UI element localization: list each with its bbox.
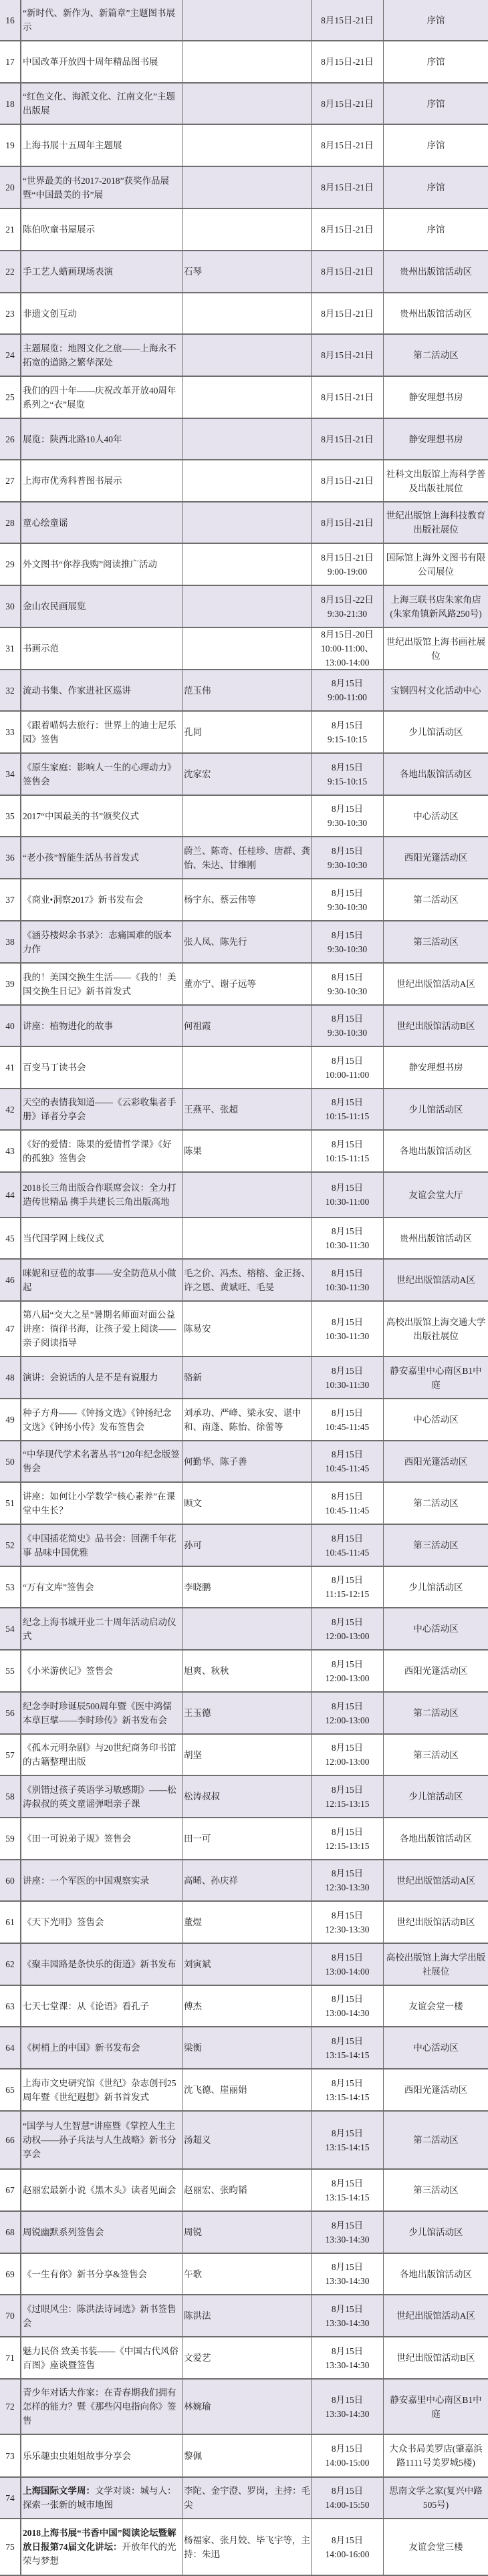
event-venue-text: 各地出版馆活动区	[400, 2267, 472, 2281]
row-number-text: 35	[5, 809, 15, 823]
event-venue-text: 第二活动区	[413, 1706, 459, 1720]
row-number-text: 29	[5, 557, 15, 571]
event-guests	[182, 1047, 312, 1088]
event-guests	[182, 293, 312, 333]
table-row: 38《涵芬楼烬余书录》：志痛国难的版本力作张人凤、陈先行8月15日 9:30-1…	[0, 921, 488, 964]
event-time-text: 8月15日 10:30-11:30	[326, 1364, 370, 1392]
row-number: 27	[0, 460, 21, 501]
event-venue: 大众书局美罗店(肇嘉浜路1111号美罗城5楼)	[384, 2435, 488, 2476]
row-number: 73	[0, 2435, 21, 2476]
event-guests-text: 李晓鹏	[184, 1580, 211, 1594]
event-guests-text: 陈果	[184, 1144, 202, 1158]
row-number-text: 64	[5, 2041, 15, 2055]
event-time-text: 8月15日-21日	[321, 97, 374, 111]
event-time: 8月15日 10:30-11:30	[312, 1302, 384, 1356]
event-guests: 顾文	[182, 1483, 312, 1524]
event-title: 《小米游侠记》签售会	[21, 1651, 182, 1691]
event-venue: 国际馆上海外文图书有限公司展位	[384, 544, 488, 585]
event-title-text: 种子方舟——《钟扬文选》《钟扬纪念文选》《钟扬小传》发布签售会	[23, 1406, 180, 1434]
table-row: 42天空的表情我知道——《云彩收集者手册》译者分享会王燕平、张超8月15日 10…	[0, 1089, 488, 1131]
event-title-text: 《孤本元明杂剧》与20世纪商务印书馆的古籍整理出版	[23, 1741, 180, 1769]
event-title: 纪念李时珍诞辰500周年暨《医中鸿儒 本草巨擘——李时珍传》新书发布会	[21, 1693, 182, 1733]
row-number-text: 53	[5, 1580, 15, 1594]
event-time-text: 8月15日 10:30-11:30	[326, 1315, 370, 1343]
event-time-text: 8月15日 12:00-13:00	[326, 1615, 370, 1643]
event-guests: 董亦宁、谢子远等	[182, 964, 312, 1004]
row-number-text: 48	[5, 1371, 15, 1385]
event-venue: 静安理想书房	[384, 1047, 488, 1088]
event-venue-text: 上海三联书店朱家角店(朱家角镇新风路250号)	[386, 593, 486, 621]
event-title: 《涵芬楼烬余书录》：志痛国难的版本力作	[21, 921, 182, 962]
event-venue-text: 世纪出版馆活动B区	[396, 2351, 475, 2365]
event-time-text: 8月15日-21日 9:00-19:00	[321, 551, 374, 579]
row-number: 49	[0, 1399, 21, 1440]
event-venue-text: 中心活动区	[413, 1622, 459, 1636]
event-guests-text: 蔚兰、陈奇、任桂珍、唐群、龚怡、朱达、甘维刚	[184, 844, 311, 872]
event-time: 8月15日 10:30-11:30	[312, 1218, 384, 1258]
row-number-text: 47	[5, 1322, 15, 1336]
table-row: 20“世界最美的书2017-2018”获奖作品展暨“中国最美的书”展8月15日-…	[0, 167, 488, 209]
event-title: 上海市文史研究馆《世纪》杂志创刊25周年暨《世纪遐想》新书首发式	[21, 2069, 182, 2110]
event-guests: 石琴	[182, 251, 312, 292]
table-row: 37《商业•洞察2017》新书发布会杨宇东、蔡云伟等8月15日 9:30-10:…	[0, 879, 488, 921]
event-venue-text: 第二活动区	[413, 348, 459, 362]
table-row: 352017“中国最美的书”颁奖仪式8月15日 9:30-10:30中心活动区	[0, 796, 488, 837]
event-venue-text: 静安理想书房	[409, 390, 463, 404]
event-guests	[182, 1218, 312, 1258]
event-venue: 第三活动区	[384, 2170, 488, 2210]
row-number-text: 22	[5, 265, 15, 279]
event-venue: 第三活动区	[384, 1525, 488, 1566]
event-venue: 第二活动区	[384, 1693, 488, 1733]
event-title-text: 陈伯吹童书屋展示	[23, 223, 95, 237]
event-guests	[182, 796, 312, 836]
row-number: 18	[0, 84, 21, 124]
table-row: 72青少年对话大作家：在青春期我们拥有怎样的能力？暨《那些闪电指向你》签售林婉瑜…	[0, 2380, 488, 2435]
event-guests	[182, 419, 312, 459]
event-time: 8月15日 13:30-14:30	[312, 2254, 384, 2294]
event-title-text: 《中国插花简史》品书会：回溯千年花事 品味中国优雅	[23, 1532, 180, 1560]
event-guests	[182, 460, 312, 501]
event-venue-text: 西阳光篷活动区	[404, 1455, 468, 1469]
event-time: 8月15日 10:15-11:15	[312, 1131, 384, 1171]
event-title-text: 天空的表情我知道——《云彩收集者手册》译者分享会	[23, 1095, 180, 1123]
event-time: 8月15日-21日	[312, 125, 384, 166]
event-venue-text: 第二活动区	[413, 2133, 459, 2147]
event-venue-text: 各地出版馆活动区	[400, 1144, 472, 1158]
event-time: 8月15日 10:30-11:30	[312, 1357, 384, 1398]
event-title: “中华现代学术名著丛书”120年纪念版签售会	[21, 1441, 182, 1481]
event-time-text: 8月15日 10:15-11:15	[326, 1137, 370, 1165]
event-venue: 宝钢四村文化活动中心	[384, 670, 488, 710]
event-venue-text: 中心活动区	[413, 809, 459, 823]
row-number: 61	[0, 1902, 21, 1943]
event-venue: 世纪出版馆活动B区	[384, 1902, 488, 1943]
row-number: 23	[0, 293, 21, 333]
row-number-text: 51	[5, 1496, 15, 1510]
row-number: 74	[0, 2478, 21, 2518]
row-number-text: 17	[5, 55, 15, 69]
event-guests-text: 陈洪法	[184, 2309, 211, 2323]
event-title: 咪妮和豆苞的故事——安全防范从小做起	[21, 1260, 182, 1300]
event-guests-text: 田一可	[184, 1832, 211, 1846]
event-time: 8月15日-21日	[312, 419, 384, 459]
event-title: 《孤本元明杂剧》与20世纪商务印书馆的古籍整理出版	[21, 1735, 182, 1775]
row-number: 32	[0, 670, 21, 710]
event-venue: 序馆	[384, 125, 488, 166]
row-number: 35	[0, 796, 21, 836]
table-row: 16“新时代、新作为、新篇章”主题图书展示8月15日-21日序馆	[0, 0, 488, 41]
event-guests-text: 何祖霞	[184, 1019, 211, 1033]
event-venue-text: 世纪出版馆活动B区	[396, 1915, 475, 1929]
event-venue-text: 第三活动区	[413, 2183, 459, 2197]
event-title-text: 手工艺人蜡画现场表演	[23, 265, 113, 279]
event-time: 8月15日 9:30-10:30	[312, 921, 384, 962]
event-guests: 孔同	[182, 712, 312, 752]
event-time-text: 8月15日-21日	[321, 265, 374, 279]
event-time-text: 8月15日-21日	[321, 138, 374, 152]
row-number-text: 33	[5, 725, 15, 739]
event-time-text: 8月15日 9:30-10:30	[328, 928, 367, 956]
event-title-text: “世界最美的书2017-2018”获奖作品展暨“中国最美的书”展	[23, 174, 180, 202]
event-title-text: “万有文库”签售会	[23, 1580, 94, 1594]
event-title-text: 讲座：如何让小学数学“核心素养”在课堂中生长？	[23, 1489, 180, 1518]
event-title: 《原生家庭：影响人一生的心理动力》签售会	[21, 754, 182, 795]
event-venue-text: 思南文学之家(复兴中路505号)	[386, 2484, 486, 2512]
event-venue-text: 高校出版馆上海大学出版社展位	[386, 1951, 486, 1979]
event-time-text: 8月15日 13:15-14:15	[326, 2126, 370, 2154]
event-time: 8月15日-20日 10:00-11:00、 13:00-14:00	[312, 628, 384, 669]
event-guests-text: 旭爽、秋秋	[184, 1664, 229, 1678]
event-guests: 李陀、金宇澄、罗岗，主持：毛尖	[182, 2478, 312, 2518]
event-time: 8月15日 12:15-13:15	[312, 1776, 384, 1817]
row-number-text: 40	[5, 1019, 15, 1033]
event-title: 《树梢上的中国》新书发布会	[21, 2027, 182, 2068]
event-time-text: 8月15日 13:30-14:30	[326, 2260, 370, 2288]
row-number: 39	[0, 964, 21, 1004]
table-row: 26展览：陕西北路10人40年8月15日-21日静安理想书房	[0, 419, 488, 460]
row-number-text: 19	[5, 138, 15, 152]
event-venue-text: 世纪出版馆活动A区	[396, 1273, 475, 1287]
event-venue: 高校出版馆上海交通大学出版社展位	[384, 1302, 488, 1356]
event-guests: 周锐	[182, 2212, 312, 2253]
row-number-text: 24	[5, 348, 15, 362]
event-time: 8月15日 10:45-11:45	[312, 1525, 384, 1566]
table-row: 47第八届“交大之星”暑期名师面对面公益讲座：徜徉书海，让孩子爱上阅读——亲子阅…	[0, 1302, 488, 1357]
event-title: 《天下光明》签售会	[21, 1902, 182, 1943]
event-venue-text: 大众书局美罗店(肇嘉浜路1111号美罗城5楼)	[386, 2442, 486, 2470]
event-guests-text: 李陀、金宇澄、罗岗，主持：毛尖	[184, 2484, 311, 2512]
table-row: 73乐乐趣虫虫姐姐故事分享会黎佩8月15日 14:00-15:00大众书局美罗店…	[0, 2435, 488, 2478]
event-time: 8月15日 9:30-10:30	[312, 837, 384, 878]
event-guests-text: 董亦宁、谢子远等	[184, 977, 256, 991]
event-venue: 世纪出版馆活动B区	[384, 2337, 488, 2378]
event-guests: 高晞、孙庆祥	[182, 1860, 312, 1900]
event-guests: 刘承功、严峰、梁永安、谌中和、南蓬、陈怡、徐蕾等	[182, 1399, 312, 1440]
event-guests: 董煜	[182, 1902, 312, 1943]
event-title-text: 咪妮和豆苞的故事——安全防范从小做起	[23, 1266, 180, 1294]
row-number: 25	[0, 377, 21, 418]
event-venue: 友谊会堂三楼	[384, 2519, 488, 2575]
event-time: 8月15日 10:45-11:45	[312, 1441, 384, 1481]
event-venue-text: 序馆	[427, 13, 445, 27]
event-time: 8月15日 12:00-13:00	[312, 1651, 384, 1691]
row-number: 40	[0, 1006, 21, 1046]
row-number: 31	[0, 628, 21, 669]
event-time-text: 8月15日-22日 9:30-21:30	[321, 593, 374, 621]
event-guests: 陈洪法	[182, 2295, 312, 2336]
table-row: 34《原生家庭：影响人一生的心理动力》签售会沈家宏8月15日 9:15-10:1…	[0, 754, 488, 796]
event-venue: 各地出版馆活动区	[384, 754, 488, 795]
event-title-text: “国学与人生智慧”讲座暨《掌控人生主动权——孙子兵法与人生战略》新书分享会	[23, 2119, 180, 2161]
event-guests-text: 孙可	[184, 1538, 202, 1552]
row-number: 72	[0, 2380, 21, 2434]
event-venue: 少儿馆活动区	[384, 2212, 488, 2253]
event-time: 8月15日 11:15-12:15	[312, 1567, 384, 1607]
row-number-text: 49	[5, 1413, 15, 1427]
event-venue: 贵州出版馆活动区	[384, 1218, 488, 1258]
event-guests-text: 傅杰	[184, 1999, 202, 2013]
event-guests: 陈易安	[182, 1302, 312, 1356]
event-title-text: 《别错过孩子英语学习敏感期》——松涛叔叔的英文童谣弹唱亲子课	[23, 1783, 180, 1811]
event-time-text: 8月15日-21日	[321, 55, 374, 69]
event-venue-text: 静安嘉里中心南区B1中庭	[386, 2393, 486, 2421]
event-guests-text: 杨宇东、蔡云伟等	[184, 893, 256, 907]
event-time: 8月15日-21日	[312, 251, 384, 292]
event-guests: 何勤华、陈子善	[182, 1441, 312, 1481]
event-venue-text: 西阳光篷活动区	[404, 851, 468, 865]
event-venue: 贵州出版馆活动区	[384, 293, 488, 333]
row-number-text: 38	[5, 935, 15, 949]
event-title: 《跟着喵妈去旅行：世界上的迪士尼乐园》签售	[21, 712, 182, 752]
event-time: 8月15日 14:00-15:00	[312, 2435, 384, 2476]
row-number-text: 60	[5, 1874, 15, 1888]
event-time: 8月15日-21日	[312, 84, 384, 124]
event-time: 8月15日 10:45-11:45	[312, 1483, 384, 1524]
event-venue: 静安理想书房	[384, 419, 488, 459]
event-guests	[182, 41, 312, 82]
row-number-text: 27	[5, 474, 15, 488]
event-guests	[182, 167, 312, 208]
row-number-text: 21	[5, 223, 15, 237]
event-title: 第八届“交大之星”暑期名师面对面公益讲座：徜徉书海，让孩子爱上阅读——亲子阅读指…	[21, 1302, 182, 1356]
row-number: 59	[0, 1818, 21, 1859]
event-title: 周锐幽默系列签售会	[21, 2212, 182, 2253]
event-title: 《商业•洞察2017》新书发布会	[21, 879, 182, 920]
event-time-text: 8月15日 10:30-11:00	[326, 1181, 370, 1209]
event-time-text: 8月15日-21日	[321, 516, 374, 530]
event-title-text: 赵丽宏最新小说《黑木头》读者见面会	[23, 2183, 176, 2197]
event-time: 8月15日 10:15-11:15	[312, 1089, 384, 1129]
event-venue: 西阳光篷活动区	[384, 837, 488, 878]
event-title: “红色文化、海派文化、江南文化”主题 出版展	[21, 84, 182, 124]
event-venue-text: 高校出版馆上海交通大学出版社展位	[386, 1315, 486, 1343]
event-guests-text: 梁衡	[184, 2041, 202, 2055]
event-title: 流动书集、作家进社区巡讲	[21, 670, 182, 710]
event-time: 8月15日 12:00-13:00	[312, 1693, 384, 1733]
event-venue: 第二活动区	[384, 1483, 488, 1524]
row-number: 64	[0, 2027, 21, 2068]
event-venue-text: 社科文出版馆上海科学普及出版社展位	[386, 467, 486, 495]
event-venue-text: 友谊会堂大厅	[409, 1188, 463, 1202]
event-venue: 第三活动区	[384, 921, 488, 962]
table-row: 69《一生有你》新书分享&签售会午歌8月15日 13:30-14:30各地出版馆…	[0, 2254, 488, 2295]
row-number: 29	[0, 544, 21, 585]
event-title: 乐乐趣虫虫姐姐故事分享会	[21, 2435, 182, 2476]
event-guests-text: 石琴	[184, 265, 202, 279]
event-time: 8月15日-21日 9:00-19:00	[312, 544, 384, 585]
table-row: 63七天七堂课：从《论语》看孔子傅杰8月15日 13:00-14:30友谊会堂一…	[0, 1986, 488, 2027]
event-time-text: 8月15日 10:45-11:45	[326, 1406, 370, 1434]
row-number-text: 67	[5, 2183, 15, 2197]
row-number-text: 32	[5, 684, 15, 698]
event-time-text: 8月15日 14:00-15:00	[326, 2442, 370, 2470]
table-row: 40讲座：植物进化的故事何祖霞8月15日 9:30-10:30世纪出版馆活动B区	[0, 1006, 488, 1047]
row-number: 44	[0, 1173, 21, 1217]
event-time-text: 8月15日 13:00-14:00	[326, 1951, 370, 1979]
event-guests	[182, 125, 312, 166]
event-guests-text: 张人凤、陈先行	[184, 935, 247, 949]
event-venue: 少儿馆活动区	[384, 1776, 488, 1817]
event-title: 展览：陕西北路10人40年	[21, 419, 182, 459]
event-venue-text: 序馆	[427, 55, 445, 69]
event-time-text: 8月15日 9:15-10:15	[328, 760, 367, 789]
row-number-text: 44	[5, 1188, 15, 1202]
event-title-text: 第八届“交大之星”暑期名师面对面公益讲座：徜徉书海，让孩子爱上阅读——亲子阅读指…	[23, 1308, 180, 1350]
event-guests	[182, 503, 312, 543]
table-row: 62《聚丰园路是条快乐的街道》新书发布刘寅斌8月15日 13:00-14:00高…	[0, 1944, 488, 1986]
event-time-text: 8月15日-21日	[321, 474, 374, 488]
event-venue: 静安嘉里中心南区B1中庭	[384, 1357, 488, 1398]
event-title: 上海市优秀科普图书展示	[21, 460, 182, 501]
event-time-text: 8月15日 9:30-10:30	[328, 844, 367, 872]
event-guests-text: 高晞、孙庆祥	[184, 1874, 238, 1888]
event-time-text: 8月15日 13:00-14:30	[326, 1992, 370, 2020]
event-venue-text: 世纪出版馆活动A区	[396, 977, 475, 991]
table-row: 43《好的爱情：陈果的爱情哲学课》《好的孤独》签售会陈果8月15日 10:15-…	[0, 1131, 488, 1173]
table-row: 41百变马丁读书会8月15日 10:00-11:00静安理想书房	[0, 1047, 488, 1089]
event-venue-text: 第三活动区	[413, 935, 459, 949]
event-title-text: “中华现代学术名著丛书”120年纪念版签售会	[23, 1447, 180, 1475]
event-time-text: 8月15日 9:30-10:30	[328, 1012, 367, 1040]
event-guests	[182, 209, 312, 250]
event-guests-text: 胡坚	[184, 1748, 202, 1762]
table-row: 74上海国际文学周：文学对谈：城与人：探索一张新的城市地图李陀、金宇澄、罗岗，主…	[0, 2478, 488, 2519]
event-guests-text: 杨福家、张月姣、毕飞宇等，主持：朱迅	[184, 2533, 311, 2561]
row-number: 65	[0, 2069, 21, 2110]
event-time-text: 8月15日-20日 10:00-11:00、 13:00-14:00	[321, 628, 374, 669]
event-title-text: 《商业•洞察2017》新书发布会	[23, 893, 143, 907]
row-number: 55	[0, 1651, 21, 1691]
event-title: 我们的四十年——庆祝改革开放40周年系列之“衣”展览	[21, 377, 182, 418]
event-time-text: 8月15日-21日	[321, 307, 374, 321]
event-time-text: 8月15日 13:15-14:15	[326, 2076, 370, 2104]
event-guests: 范玉伟	[182, 670, 312, 710]
event-title-text: 金山农民画展览	[23, 599, 86, 613]
event-title: 外文图书“你荐我购”阅读推广活动	[21, 544, 182, 585]
row-number: 67	[0, 2170, 21, 2210]
event-time-text: 8月15日 14:00-16:00	[326, 2533, 370, 2561]
event-venue: 第二活动区	[384, 335, 488, 376]
row-number: 36	[0, 837, 21, 878]
table-row: 70《过眼风尘：陈洪法诗词选》新书签售会陈洪法8月15日 13:30-14:30…	[0, 2295, 488, 2337]
row-number: 75	[0, 2519, 21, 2575]
event-guests: 胡坚	[182, 1735, 312, 1775]
table-row: 50“中华现代学术名著丛书”120年纪念版签售会何勤华、陈子善8月15日 10:…	[0, 1441, 488, 1483]
event-title: “新时代、新作为、新篇章”主题图书展示	[21, 0, 182, 40]
row-number: 22	[0, 251, 21, 292]
event-title-text: 《天下光明》签售会	[23, 1915, 104, 1929]
event-title-text: 中国改革开放四十周年精品图书展	[23, 55, 158, 69]
row-number: 19	[0, 125, 21, 166]
event-time: 8月15日-21日	[312, 293, 384, 333]
event-title-text: 乐乐趣虫虫姐姐故事分享会	[23, 2449, 131, 2463]
table-row: 31书画示范8月15日-20日 10:00-11:00、 13:00-14:00…	[0, 628, 488, 670]
event-time-text: 8月15日 12:15-13:15	[326, 1783, 370, 1811]
event-venue: 中心活动区	[384, 2027, 488, 2068]
event-title-text: 讲座：植物进化的故事	[23, 1019, 113, 1033]
row-number-text: 50	[5, 1455, 15, 1469]
event-title-text: “红色文化、海派文化、江南文化”主题 出版展	[23, 90, 180, 118]
row-number-text: 63	[5, 1999, 15, 2013]
event-guests-text: 沈家宏	[184, 767, 211, 781]
row-number: 28	[0, 503, 21, 543]
row-number-text: 54	[5, 1622, 15, 1636]
event-venue-text: 世纪出版馆上海书画社展位	[386, 635, 486, 663]
row-number: 51	[0, 1483, 21, 1524]
event-guests	[182, 1608, 312, 1649]
row-number: 21	[0, 209, 21, 250]
event-venue: 少儿馆活动区	[384, 712, 488, 752]
event-title-text: 上海市文史研究馆《世纪》杂志创刊25周年暨《世纪遐想》新书首发式	[23, 2076, 180, 2104]
event-title-text: 七天七堂课：从《论语》看孔子	[23, 1999, 149, 2013]
event-time: 8月15日 12:30-13:30	[312, 1902, 384, 1943]
event-time-text: 8月15日 10:45-11:45	[326, 1532, 370, 1560]
event-guests: 田一可	[182, 1818, 312, 1859]
event-venue-text: 各地出版馆活动区	[400, 767, 472, 781]
event-venue: 中心活动区	[384, 796, 488, 836]
row-number: 38	[0, 921, 21, 962]
event-title-text: 《田一可说弟子规》签售会	[23, 1832, 131, 1846]
table-row: 66“国学与人生智慧”讲座暨《掌控人生主动权——孙子兵法与人生战略》新书分享会汤…	[0, 2112, 488, 2170]
event-venue: 社科文出版馆上海科学普及出版社展位	[384, 460, 488, 501]
event-guests: 赵丽宏、张昀韬	[182, 2170, 312, 2210]
table-row: 30金山农民画展览8月15日-22日 9:30-21:30上海三联书店朱家角店(…	[0, 586, 488, 628]
event-guests: 杨宇东、蔡云伟等	[182, 879, 312, 920]
event-guests-text: 松涛叔叔	[184, 1790, 220, 1804]
event-title: 2018上海书展“书香中国”阅读论坛暨解放日报第74届文化讲坛：开放年代的光荣与…	[21, 2519, 182, 2575]
table-row: 29外文图书“你荐我购”阅读推广活动8月15日-21日 9:00-19:00国际…	[0, 544, 488, 586]
event-title: 种子方舟——《钟扬文选》《钟扬纪念文选》《钟扬小传》发布签售会	[21, 1399, 182, 1440]
event-title-text: 童心绘童谣	[23, 516, 68, 530]
row-number-text: 39	[5, 977, 15, 991]
event-time: 8月15日-21日	[312, 503, 384, 543]
event-time: 8月15日 14:00-15:50	[312, 2478, 384, 2518]
table-row: 59《田一可说弟子规》签售会田一可8月15日 12:15-13:15各地出版馆活…	[0, 1818, 488, 1860]
event-time-text: 8月15日-21日	[321, 223, 374, 237]
table-row: 19上海书展十五周年主题展8月15日-21日序馆	[0, 125, 488, 167]
event-guests-text: 午歌	[184, 2267, 202, 2281]
event-time: 8月15日 13:15-14:15	[312, 2069, 384, 2110]
event-time: 8月15日 9:00-11:00	[312, 670, 384, 710]
event-title-text: 我们的四十年——庆祝改革开放40周年系列之“衣”展览	[23, 384, 180, 412]
event-title-text: 百变马丁读书会	[23, 1060, 86, 1075]
event-time: 8月15日-21日	[312, 167, 384, 208]
event-time: 8月15日 13:30-14:30	[312, 2337, 384, 2378]
event-venue-text: 国际馆上海外文图书有限公司展位	[386, 551, 486, 579]
row-number-text: 58	[5, 1790, 15, 1804]
event-time: 8月15日 10:45-11:45	[312, 1399, 384, 1440]
